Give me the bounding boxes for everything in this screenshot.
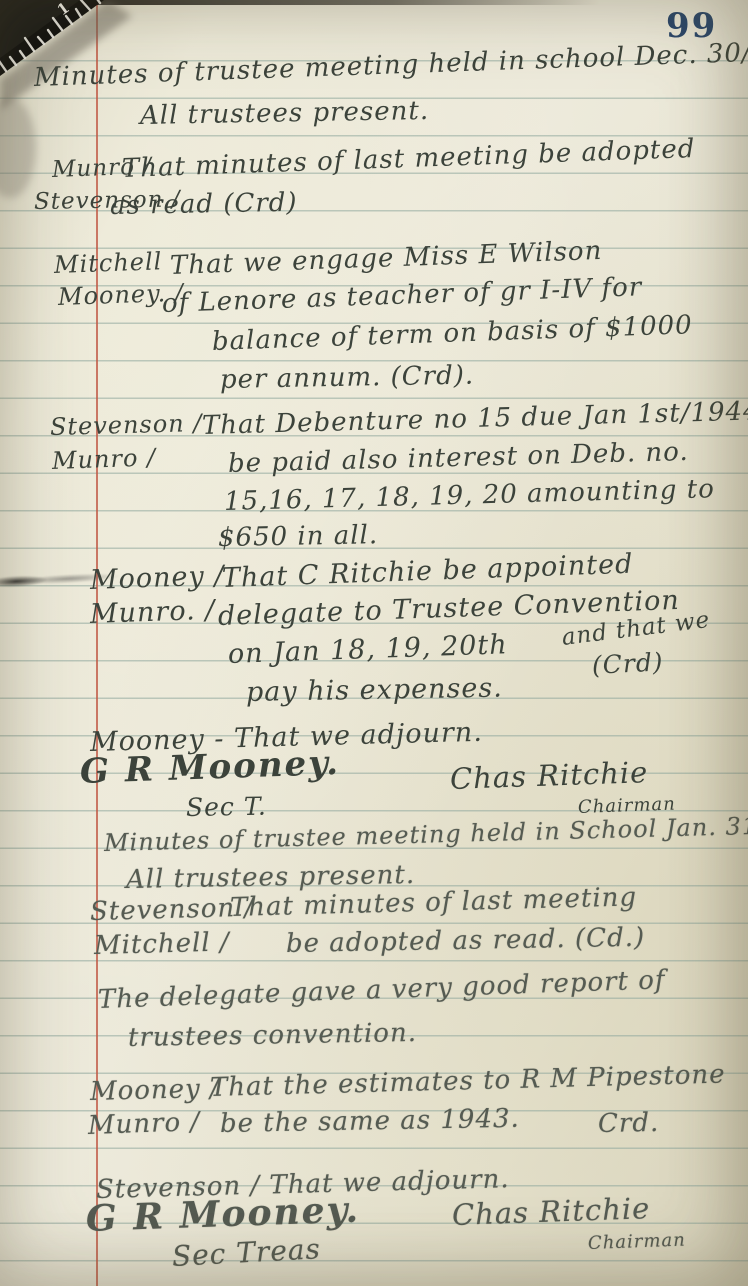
handwriting-line: Minutes of trustee meeting held in schoo… — [34, 38, 748, 93]
handwriting-line: That Debenture no 15 due Jan 1st/1944 — [202, 397, 748, 440]
handwriting-line: Crd. — [598, 1109, 660, 1139]
handwriting-line: That we engage Miss E Wilson — [170, 237, 603, 281]
handwriting-line: G R Mooney. — [79, 745, 340, 791]
handwriting-line: That minutes of last meeting be adopted — [122, 135, 696, 184]
handwriting-line: Stevenson / — [50, 410, 203, 440]
handwriting-line: Munro. / — [89, 596, 215, 630]
handwriting-line: 15,16, 17, 18, 19, 20 amounting to — [224, 475, 716, 516]
handwriting-line: be adopted as read. (Cd.) — [286, 924, 646, 959]
handwriting-line: on Jan 18, 19, 20th — [227, 630, 508, 669]
handwriting-line: Munro / — [52, 444, 157, 474]
handwriting-line: pay his expenses. — [246, 674, 503, 708]
handwriting-line: The delegate gave a very good report of — [98, 966, 666, 1014]
handwriting-line: That C Ritchie be appointed — [221, 550, 633, 594]
handwriting-line: (Crd) — [591, 648, 664, 679]
handwriting-line: trustees convention. — [128, 1019, 417, 1053]
handwriting-line: be the same as 1943. — [220, 1105, 520, 1139]
handwriting-line: Chairman — [588, 1231, 686, 1254]
handwriting-line: Mooney / — [90, 1075, 220, 1107]
handwriting-line: balance of term on basis of $1000 — [212, 311, 694, 356]
handwriting-line: as read (Crd) — [110, 189, 298, 221]
minute-book-page: 99 1 Minutes of trustee meeting held in … — [0, 0, 748, 1286]
handwriting-line: Sec T. — [186, 793, 267, 822]
handwriting-line: Mitchell — [54, 248, 163, 278]
handwriting-line: All trustees present. — [140, 97, 430, 131]
handwriting-line: of Lenore as teacher of gr I-IV for — [162, 273, 643, 318]
handwriting-line: Mitchell / — [94, 928, 230, 960]
handwriting-line: Chas Ritchie — [451, 1193, 650, 1232]
handwriting-layer: Minutes of trustee meeting held in schoo… — [0, 0, 748, 1286]
handwriting-line: be paid also interest on Deb. no. — [228, 438, 689, 479]
handwriting-line: Munro / — [88, 1108, 201, 1140]
handwriting-line: per annum. (Crd). — [220, 362, 475, 395]
handwriting-line: Sec Treas — [171, 1234, 321, 1273]
handwriting-line: That the estimates to R M Pipestone — [210, 1061, 726, 1103]
handwriting-line: Mooney / — [89, 561, 224, 595]
handwriting-line: $650 in all. — [218, 521, 379, 552]
handwriting-line: Chas Ritchie — [449, 757, 648, 796]
